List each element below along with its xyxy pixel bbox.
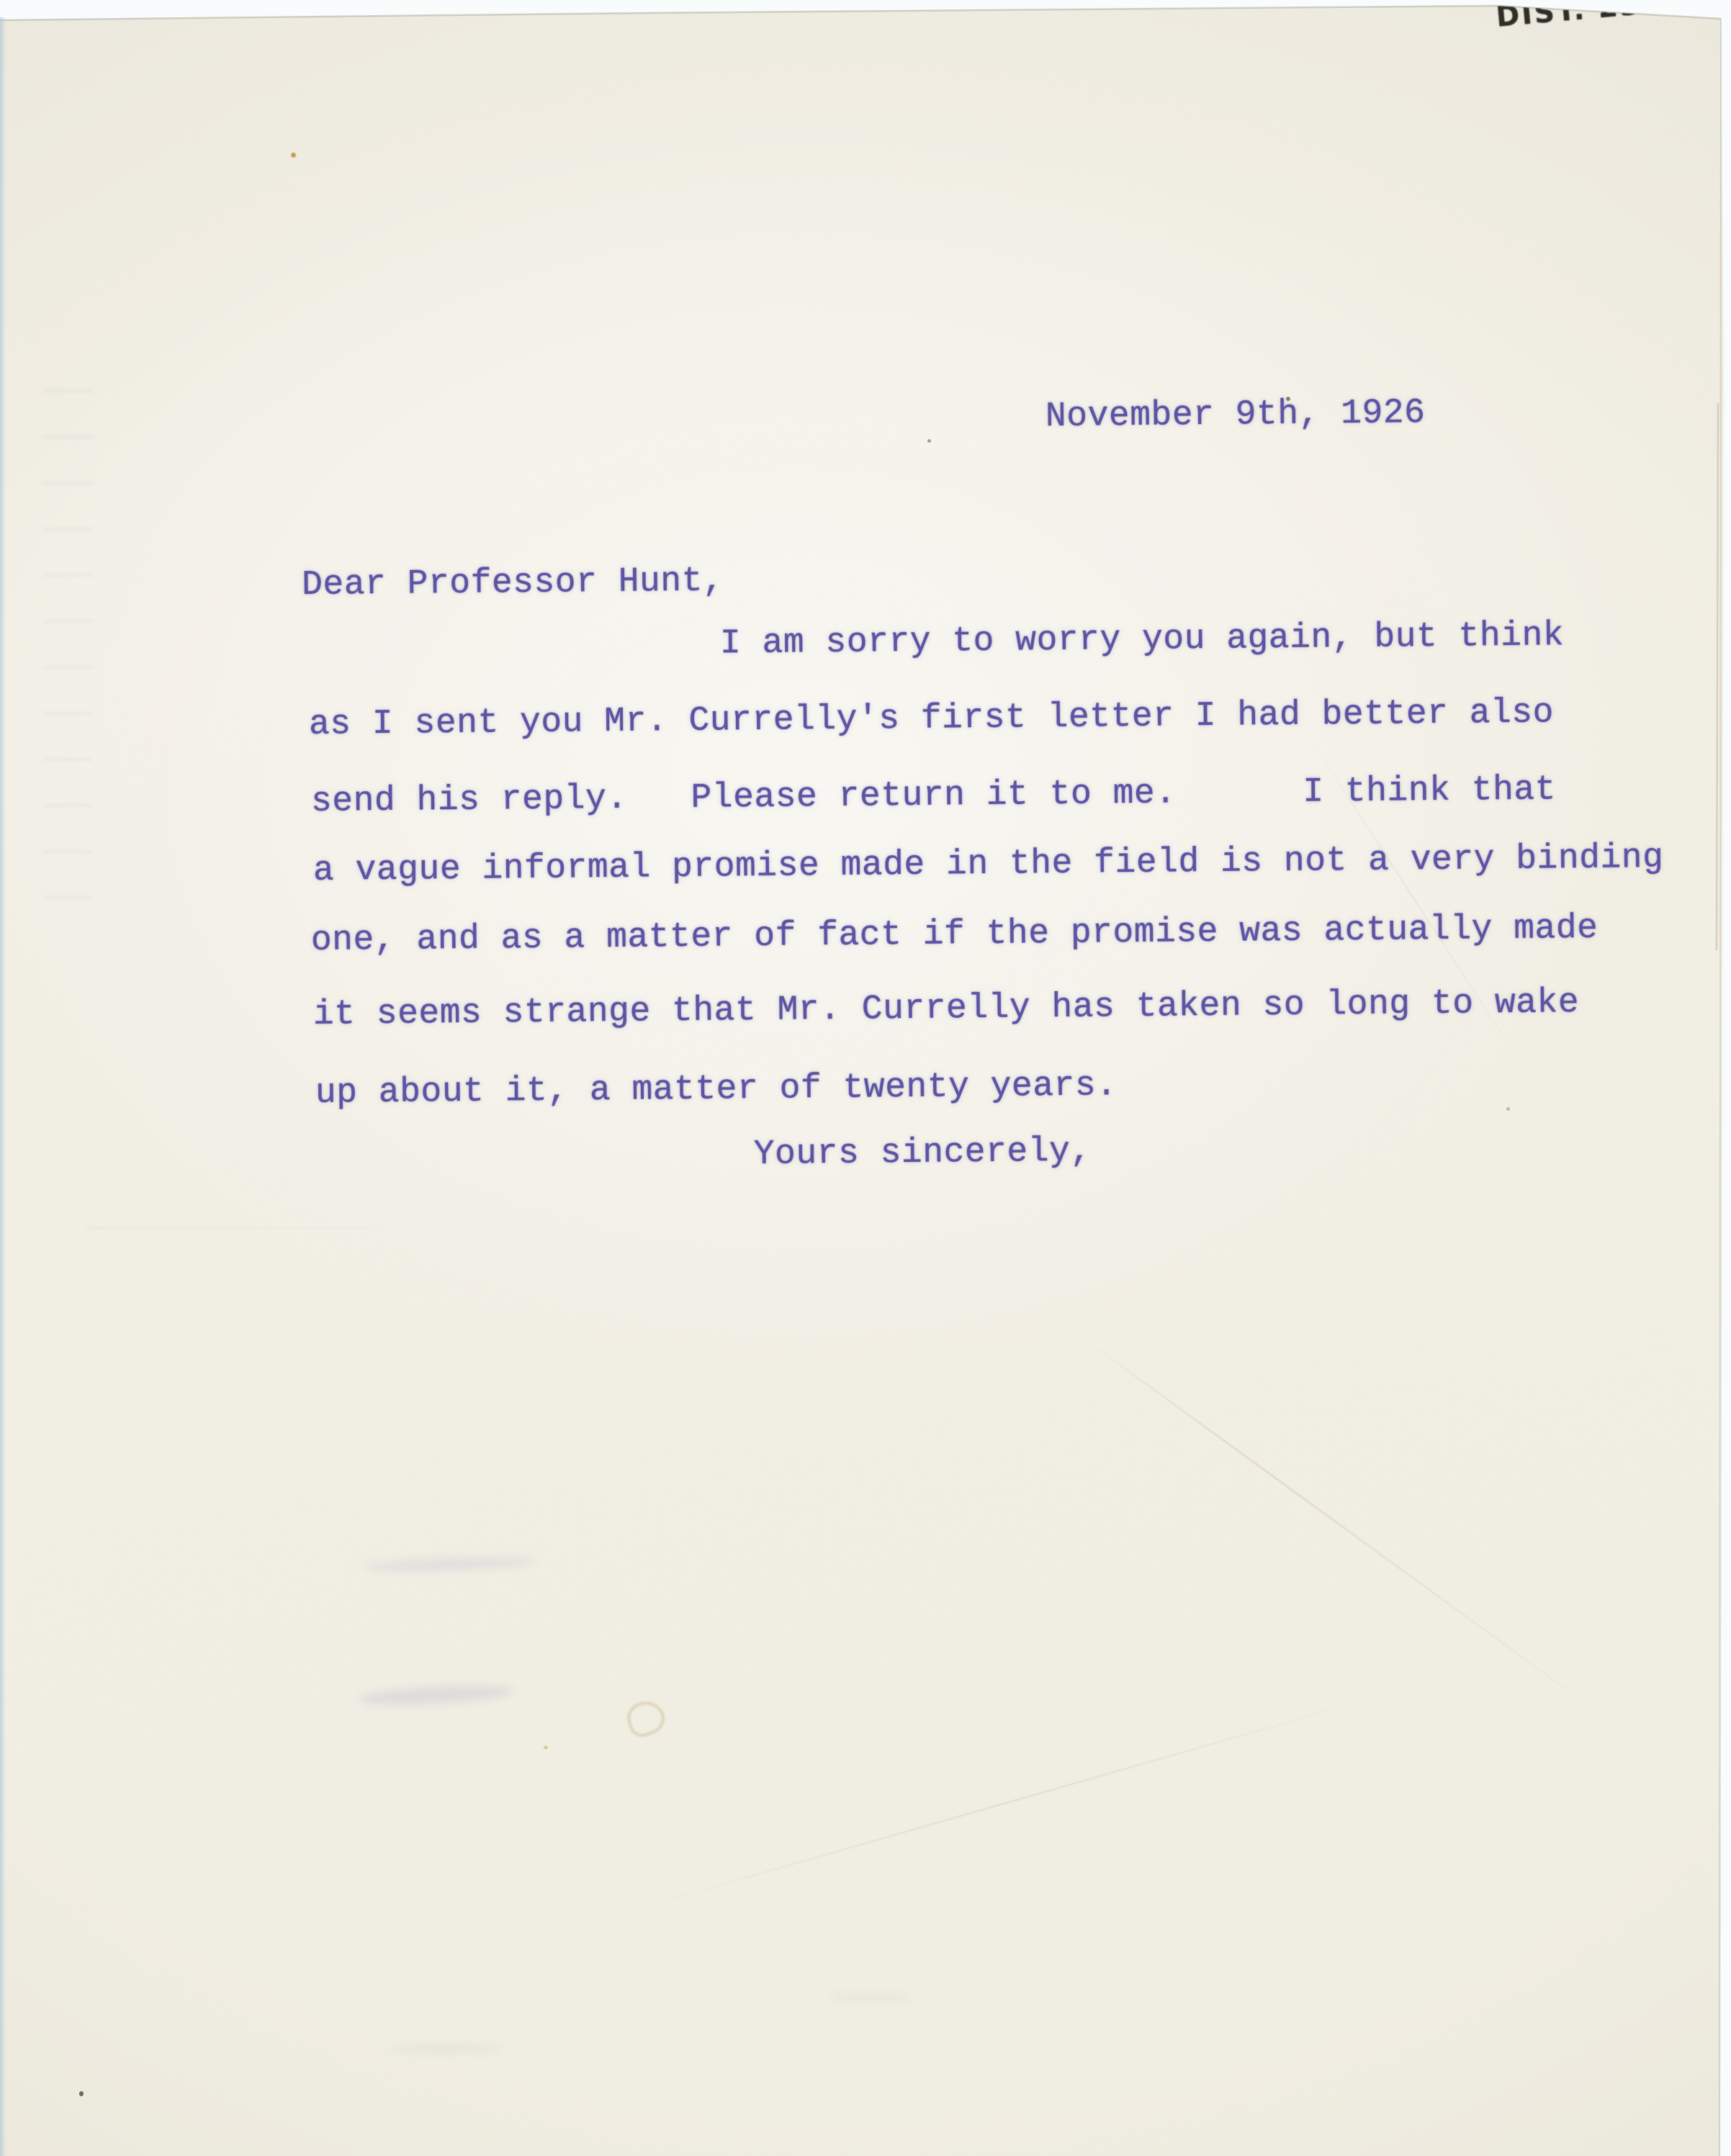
letter-salutation: Dear Professor Hunt,	[302, 561, 724, 605]
letter-body-line: send his reply. Please return it to me. …	[311, 770, 1556, 821]
scanner-left-edge	[0, 17, 6, 2156]
letter-body-line: it seems strange that Mr. Currelly has t…	[313, 983, 1580, 1034]
letter-body-line: a vague informal promise made in the fie…	[313, 839, 1664, 890]
letter-closing: Yours sincerely,	[754, 1132, 1092, 1174]
letter-body-line: one, and as a matter of fact if the prom…	[311, 909, 1599, 960]
letter-body-line: up about it, a matter of twenty years.	[315, 1066, 1118, 1113]
letter-body-line: I am sorry to worry you again, but think	[720, 616, 1565, 663]
letter-date: November 9th, 1926	[1046, 394, 1426, 436]
letter-body-line: as I sent you Mr. Currelly's first lette…	[309, 693, 1554, 744]
scanned-letter-page: { "document": { "annotation": "DIST. 23.…	[0, 0, 1731, 2156]
letter-sheet: DIST. 23.37 November 9th, 1926 Dear Prof…	[0, 0, 1731, 2156]
scanner-background: DIST. 23.37 November 9th, 1926 Dear Prof…	[0, 0, 1731, 2156]
typed-letter-text: November 9th, 1926 Dear Professor Hunt, …	[0, 0, 1731, 2156]
